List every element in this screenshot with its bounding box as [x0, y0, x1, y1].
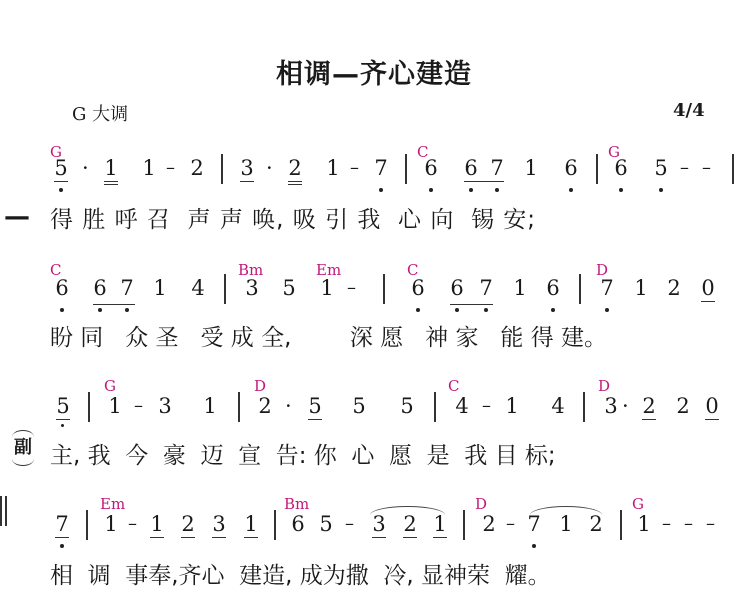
note: 1 [433, 512, 447, 536]
note: 2 [403, 512, 417, 536]
note: 7 [374, 156, 388, 180]
note: 1 [320, 276, 334, 300]
note: 1 [104, 156, 118, 180]
note: 1 [513, 276, 527, 300]
lyrics-line-2: 盼 同 众 圣 受 成 全, 深 愿 神 家 能 得 建。 [50, 324, 607, 352]
barline [732, 154, 734, 184]
note: 6 [424, 156, 438, 180]
barline [583, 392, 585, 422]
barline [86, 510, 88, 540]
system-2: C Bm Em C D 6 6 7 1 4 3 5 1 – 6 6 7 1 6 … [0, 258, 748, 368]
note: 5 [654, 156, 668, 180]
chorus-label: 副 [12, 437, 34, 459]
note: 6 [55, 276, 69, 300]
note: 2 [288, 156, 302, 180]
note: 2 [676, 394, 690, 418]
chorus-marker: 副 [12, 430, 34, 466]
dash: – [680, 156, 689, 180]
note: 5 [352, 394, 366, 418]
final-double-barline [0, 496, 2, 526]
note: 4 [191, 276, 205, 300]
note: 1 [108, 394, 122, 418]
note: 3 [212, 512, 226, 536]
chord-label: G [104, 378, 116, 394]
note: 2 [667, 276, 681, 300]
lyrics-line-3: 主, 我 今 豪 迈 宣 告: 你 心 愿 是 我 目 标; [50, 442, 556, 470]
note: 1 [104, 512, 118, 536]
note: 3 [372, 512, 386, 536]
lyrics-line-4: 相 调 事奉,齐心 建造, 成为撒 冷, 显神荣 耀。 [50, 562, 551, 590]
note: 2 [190, 156, 204, 180]
barline [405, 154, 407, 184]
lyrics-line-1: 得 胜 呼 召 声 声 唤, 吸 引 我 心 向 锡 安; [50, 206, 536, 234]
note: 2 [482, 512, 496, 536]
dot-extension: · [82, 156, 89, 180]
barline [238, 392, 240, 422]
note: 5 [319, 512, 333, 536]
chord-label: D [475, 496, 487, 512]
dot-extension: · [622, 394, 629, 418]
note: 2 [258, 394, 272, 418]
barline [274, 510, 276, 540]
song-title: 相调—齐心建造 [0, 52, 748, 91]
barline [620, 510, 622, 540]
note: 6 [564, 156, 578, 180]
key-signature: G 大调 [72, 100, 128, 126]
note: 6 [411, 276, 425, 300]
system-1: G C G 5 · 1 1 – 2 3 · 2 1 – 7 6 6 7 1 6 … [0, 140, 748, 250]
chord-label: D [254, 378, 266, 394]
note: 1 [244, 512, 258, 536]
note: 1 [203, 394, 217, 418]
paren-bottom [12, 459, 34, 466]
verse-marker: — [4, 202, 30, 232]
note: 0 [705, 394, 719, 418]
dash: – [506, 512, 515, 536]
barline [88, 392, 90, 422]
dash: – [134, 394, 143, 418]
paren-top [12, 430, 34, 437]
barline [434, 392, 436, 422]
note: 5 [400, 394, 414, 418]
system-4: Em Bm D G 7 1 – 1 2 3 1 6 5 – 3 2 1 2 – … [0, 496, 748, 606]
note: 4 [455, 394, 469, 418]
note: 6 [464, 156, 478, 180]
time-signature: 4/4 [673, 100, 705, 121]
chord-label: G [632, 496, 644, 512]
note: 1 [153, 276, 167, 300]
barline [463, 510, 465, 540]
barline [596, 154, 598, 184]
note: 6 [291, 512, 305, 536]
note: 1 [634, 276, 648, 300]
note: 7 [479, 276, 493, 300]
note: 7 [55, 512, 69, 536]
note: 7 [120, 276, 134, 300]
dash: – [347, 276, 356, 300]
note: 7 [490, 156, 504, 180]
dash: – [702, 156, 711, 180]
dot-extension: · [285, 394, 292, 418]
note: 1 [326, 156, 340, 180]
barline [224, 274, 226, 304]
dash: – [684, 512, 693, 536]
dash: – [128, 512, 137, 536]
dash: – [482, 394, 491, 418]
note: 6 [614, 156, 628, 180]
dash: – [706, 512, 715, 536]
note: 3 [158, 394, 172, 418]
dash: – [350, 156, 359, 180]
note: 1 [559, 512, 573, 536]
note: 1 [637, 512, 651, 536]
chord-label: Bm [284, 496, 309, 512]
dash: – [345, 512, 354, 536]
dash: – [166, 156, 175, 180]
barline [221, 154, 223, 184]
note: 6 [546, 276, 560, 300]
dash: – [662, 512, 671, 536]
note: 6 [450, 276, 464, 300]
note: 4 [551, 394, 565, 418]
note: 2 [181, 512, 195, 536]
barline [579, 274, 581, 304]
note: 5 [56, 394, 70, 418]
note: 3 [240, 156, 254, 180]
note: 5 [308, 394, 322, 418]
note: 6 [93, 276, 107, 300]
beam [450, 304, 493, 305]
note: 5 [282, 276, 296, 300]
note: 2 [642, 394, 656, 418]
note: 3 [245, 276, 259, 300]
note: 0 [701, 276, 715, 300]
beam [93, 304, 135, 305]
note: 7 [600, 276, 614, 300]
note: 7 [527, 512, 541, 536]
note: 5 [54, 156, 68, 180]
note: 1 [505, 394, 519, 418]
note: 1 [150, 512, 164, 536]
dot-extension: · [266, 156, 273, 180]
barline [383, 274, 385, 304]
note: 2 [589, 512, 603, 536]
note: 1 [524, 156, 538, 180]
beam [464, 181, 504, 182]
chord-label: Em [100, 496, 125, 512]
system-3: G D C D 5 1 – 3 1 2 · 5 5 5 4 – 1 4 3 · … [0, 376, 748, 486]
note: 1 [142, 156, 156, 180]
chord-label: C [448, 378, 459, 394]
note: 3 [604, 394, 618, 418]
chord-label: D [598, 378, 610, 394]
